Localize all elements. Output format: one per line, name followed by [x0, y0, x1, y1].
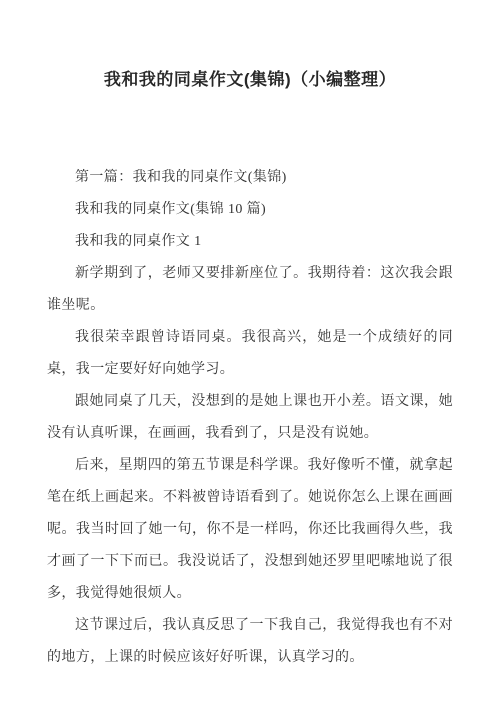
paragraph-body-5: 这节课过后，我认真反思了一下我自己，我觉得我也有不对的地方，上课的时候应该好好听… — [47, 610, 453, 674]
paragraph-body-1: 新学期到了，老师又要排新座位了。我期待着：这次我会跟谁坐呢。 — [47, 258, 453, 322]
document-body: 第一篇：我和我的同桌作文(集锦) 我和我的同桌作文(集锦 10 篇) 我和我的同… — [47, 162, 453, 674]
paragraph-section-heading: 第一篇：我和我的同桌作文(集锦) — [47, 162, 453, 194]
paragraph-body-3: 跟她同桌了几天，没想到的是她上课也开小差。语文课，她没有认真听课，在画画，我看到… — [47, 386, 453, 450]
paragraph-body-4: 后来，星期四的第五节课是科学课。我好像听不懂，就拿起笔在纸上画起来。不料被曾诗语… — [47, 450, 453, 610]
document-page: 我和我的同桌作文(集锦)（小编整理） 第一篇：我和我的同桌作文(集锦) 我和我的… — [0, 0, 500, 708]
paragraph-essay-number: 我和我的同桌作文 1 — [47, 226, 453, 258]
document-title: 我和我的同桌作文(集锦)（小编整理） — [0, 0, 500, 93]
paragraph-subtitle: 我和我的同桌作文(集锦 10 篇) — [47, 194, 453, 226]
paragraph-body-2: 我很荣幸跟曾诗语同桌。我很高兴，她是一个成绩好的同桌，我一定要好好向她学习。 — [47, 322, 453, 386]
